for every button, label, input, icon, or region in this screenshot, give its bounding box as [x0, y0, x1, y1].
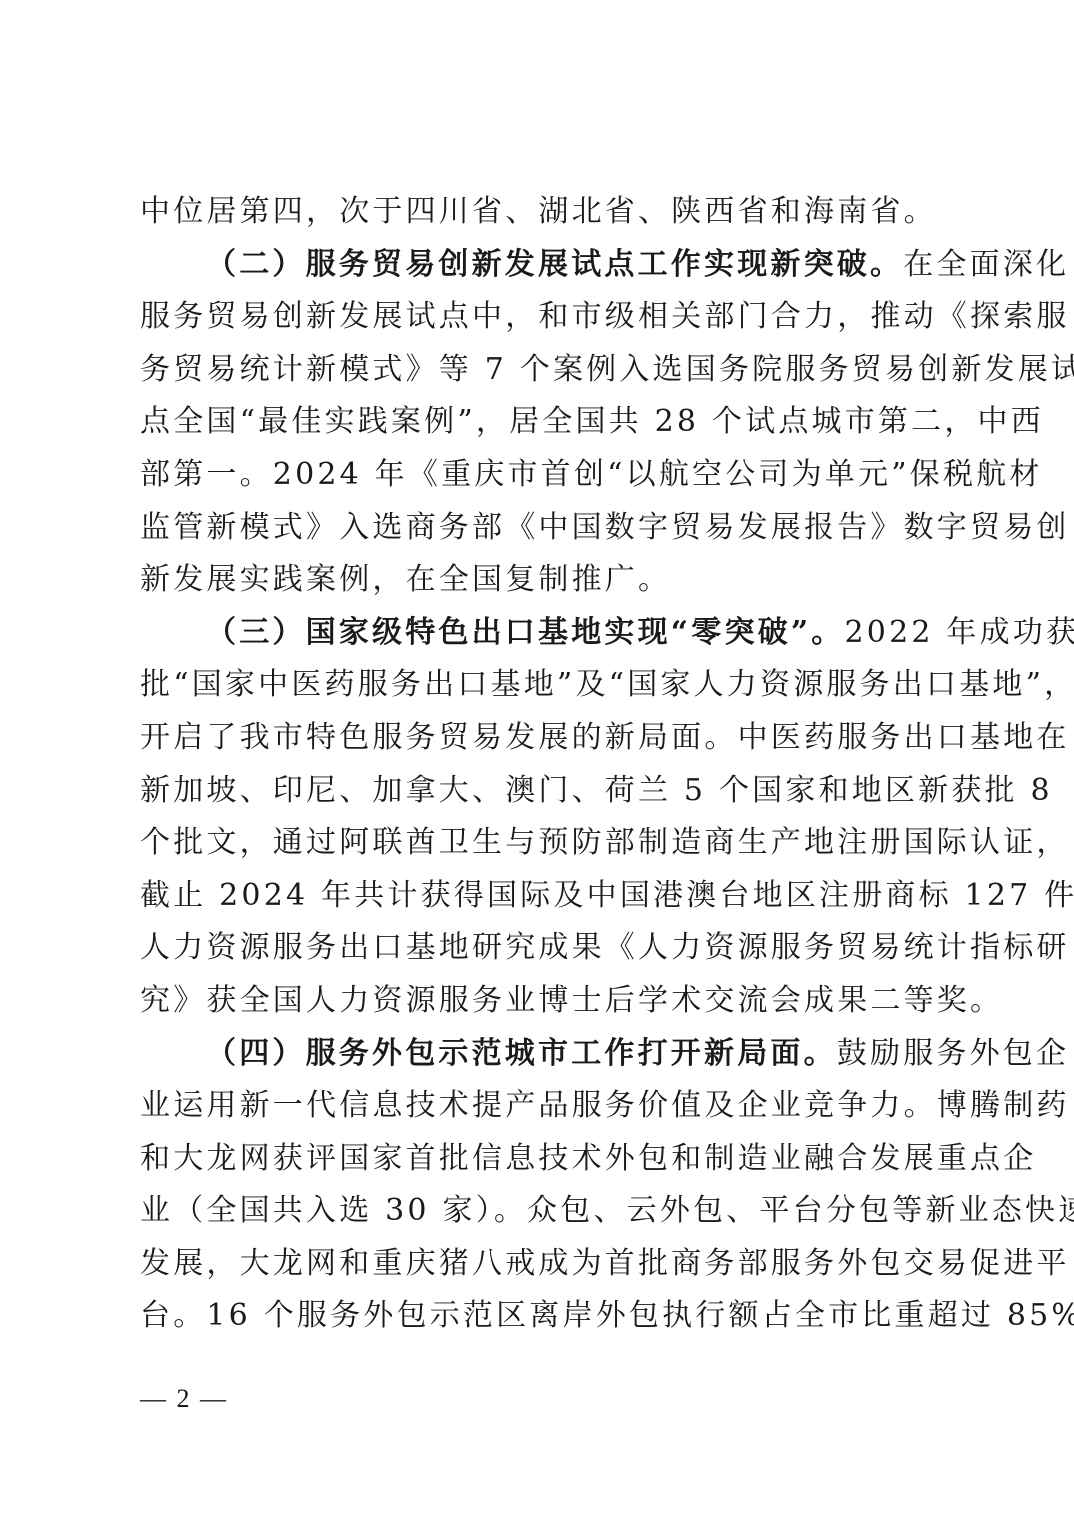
page-number: — 2 — [140, 1384, 228, 1414]
text-line: 发展，大龙网和重庆猪八戒成为首批商务部服务外包交易促进平 [140, 1238, 940, 1291]
document-body: 中位居第四，次于四川省、湖北省、陕西省和海南省。 （二）服务贸易创新发展试点工作… [140, 186, 940, 1343]
text-fragment: 2022 年成功获 [845, 615, 1074, 650]
section-heading: （三）国家级特色出口基地实现“零突破”。 [206, 615, 845, 650]
text-line: 究》获全国人力资源服务业博士后学术交流会成果二等奖。 [140, 975, 940, 1028]
text-line: 业（全国共入选 30 家）。众包、云外包、平台分包等新业态快速 [140, 1185, 940, 1238]
section-heading: （二）服务贸易创新发展试点工作实现新突破。 [206, 247, 903, 282]
text-line: 部第一。2024 年《重庆市首创“以航空公司为单元”保税航材 [140, 449, 940, 502]
text-line: 中位居第四，次于四川省、湖北省、陕西省和海南省。 [140, 186, 940, 239]
text-line: 新加坡、印尼、加拿大、澳门、荷兰 5 个国家和地区新获批 8 [140, 765, 940, 818]
section-heading: （四）服务外包示范城市工作打开新局面。 [206, 1036, 837, 1071]
text-line: 台。16 个服务外包示范区离岸外包执行额占全市比重超过 85%， [140, 1290, 940, 1343]
text-line: 点全国“最佳实践案例”，居全国共 28 个试点城市第二，中西 [140, 396, 940, 449]
text-line: 监管新模式》入选商务部《中国数字贸易发展报告》数字贸易创 [140, 502, 940, 555]
text-fragment: 鼓励服务外包企 [837, 1036, 1069, 1071]
text-fragment: 在全面深化 [903, 247, 1069, 282]
paragraph-heading-line: （四）服务外包示范城市工作打开新局面。鼓励服务外包企 [140, 1028, 940, 1081]
text-line: 截止 2024 年共计获得国际及中国港澳台地区注册商标 127 件。 [140, 870, 940, 923]
paragraph-heading-line: （三）国家级特色出口基地实现“零突破”。2022 年成功获 [140, 607, 940, 660]
text-line: 人力资源服务出口基地研究成果《人力资源服务贸易统计指标研 [140, 922, 940, 975]
text-line: 新发展实践案例，在全国复制推广。 [140, 554, 940, 607]
text-line: 个批文，通过阿联酋卫生与预防部制造商生产地注册国际认证， [140, 817, 940, 870]
text-line: 服务贸易创新发展试点中，和市级相关部门合力，推动《探索服 [140, 291, 940, 344]
text-line: 务贸易统计新模式》等 7 个案例入选国务院服务贸易创新发展试 [140, 344, 940, 397]
text-line: 开启了我市特色服务贸易发展的新局面。中医药服务出口基地在 [140, 712, 940, 765]
paragraph-heading-line: （二）服务贸易创新发展试点工作实现新突破。在全面深化 [140, 239, 940, 292]
text-line: 和大龙网获评国家首批信息技术外包和制造业融合发展重点企 [140, 1133, 940, 1186]
text-line: 业运用新一代信息技术提产品服务价值及企业竞争力。博腾制药 [140, 1080, 940, 1133]
text-line: 批“国家中医药服务出口基地”及“国家人力资源服务出口基地”， [140, 659, 940, 712]
